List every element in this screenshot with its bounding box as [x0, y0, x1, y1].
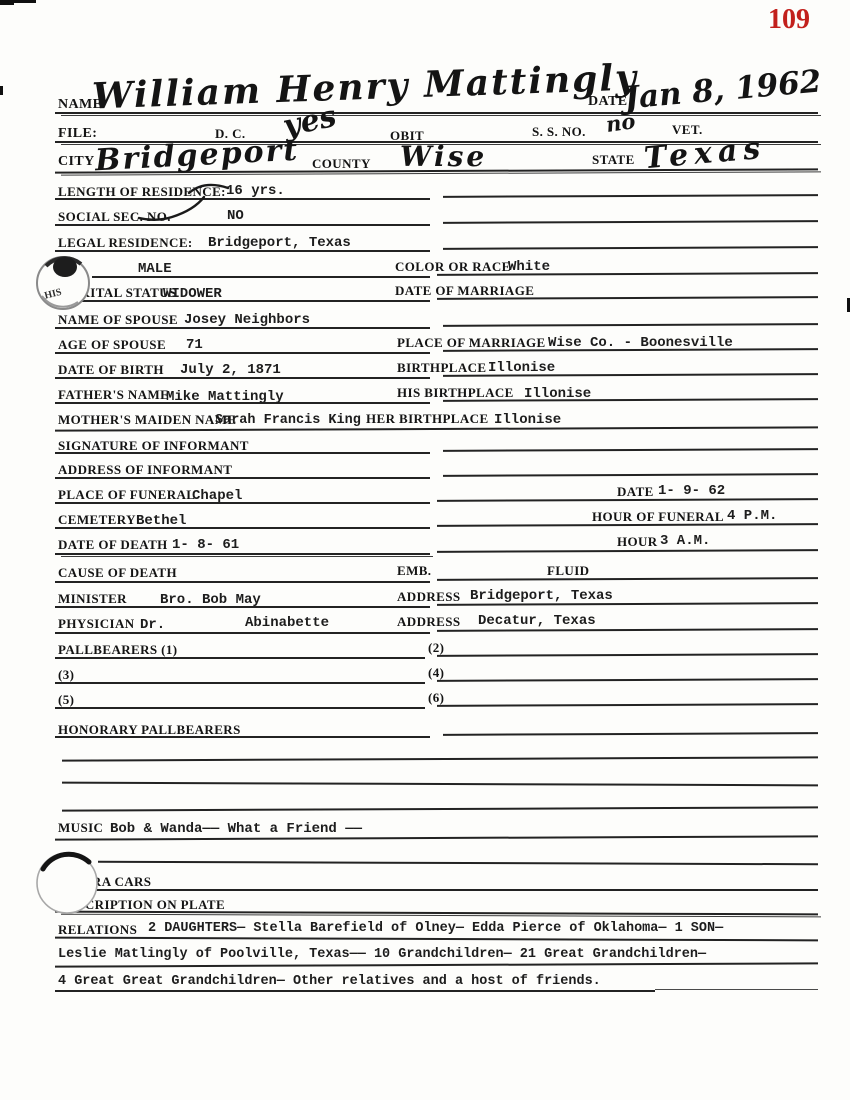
- date-of-birth-value: July 2, 1871: [180, 362, 281, 378]
- scanned-form-page: 109 NAME William Henry Mattingly DATE Ja…: [0, 0, 850, 1100]
- name-of-spouse-value: Josey Neighbors: [184, 312, 310, 328]
- minister-address-label: ADDRESS: [397, 589, 460, 605]
- page-number: 109: [768, 4, 810, 36]
- rule-line: [443, 448, 818, 452]
- honorary-pallbearers-label: HONORARY PALLBEARERS: [58, 722, 241, 738]
- music-label: MUSIC: [58, 820, 103, 836]
- date-of-birth-label: DATE OF BIRTH: [58, 362, 164, 378]
- rule-line: [55, 990, 655, 992]
- hour-of-funeral-label: HOUR OF FUNERAL: [592, 509, 724, 525]
- ssno-handwritten-value: no: [604, 108, 636, 137]
- signature-of-informant-label: SIGNATURE OF INFORMANT: [58, 438, 249, 454]
- rule-line: [437, 653, 818, 657]
- funeral-date-label: DATE: [617, 484, 654, 500]
- rule-line: [443, 732, 818, 736]
- marital-status-value: WIDOWER: [163, 286, 222, 302]
- legal-residence-value: Bridgeport, Texas: [208, 235, 351, 251]
- pallbearer-slot-4: (4): [428, 665, 444, 681]
- age-of-spouse-label: AGE OF SPOUSE: [58, 337, 166, 353]
- place-of-marriage-value: Wise Co. - Boonesville: [548, 335, 733, 351]
- date-of-marriage-label: DATE OF MARRIAGE: [395, 283, 534, 299]
- ssno-label: S. S. NO.: [532, 124, 586, 140]
- rule-line: [55, 581, 430, 583]
- minister-label: MINISTER: [58, 591, 127, 607]
- rule-line: [55, 707, 425, 709]
- physician-address-value: Decatur, Texas: [478, 613, 596, 629]
- rule-line: [62, 806, 818, 811]
- rule-line: [62, 756, 818, 761]
- fathers-name-label: FATHER'S NAME: [58, 387, 169, 403]
- social-sec-no-value: NO: [227, 208, 244, 224]
- scan-artifact: [0, 86, 3, 95]
- rule-line: [443, 323, 818, 327]
- hour-of-death-label: HOUR: [617, 534, 658, 550]
- place-of-funeral-value: Chapel: [192, 488, 242, 504]
- rule-line: [443, 220, 818, 224]
- her-birthplace-value: Illonise: [494, 412, 561, 428]
- rule-line: [655, 989, 818, 990]
- emb-label: EMB.: [397, 563, 431, 579]
- birthplace-label: BIRTHPLACE: [397, 360, 487, 376]
- file-label: FILE:: [58, 126, 97, 142]
- color-or-race-label: COLOR OR RACE: [395, 259, 511, 275]
- rule-line: [55, 937, 818, 942]
- pallbearer-slot-6: (6): [428, 690, 444, 706]
- rule-line: [55, 632, 430, 634]
- county-handwritten-value: Wise: [400, 140, 487, 173]
- rule-line: [443, 473, 818, 477]
- rule-line: [98, 861, 818, 866]
- name-of-spouse-label: NAME OF SPOUSE: [58, 312, 178, 328]
- cause-of-death-label: CAUSE OF DEATH: [58, 565, 177, 581]
- circular-stamp: HIS: [34, 252, 92, 314]
- pallbearer-slot-5: (5): [58, 692, 74, 708]
- place-of-funeral-label: PLACE OF FUNERAL: [58, 487, 195, 503]
- physician-prefix: Dr.: [140, 617, 165, 633]
- rule-line: [62, 782, 818, 787]
- cemetery-value: Bethel: [136, 513, 186, 529]
- place-of-marriage-label: PLACE OF MARRIAGE: [397, 335, 546, 351]
- hour-of-funeral-value: 4 P.M.: [727, 508, 777, 524]
- cemetery-label: CEMETERY: [58, 512, 136, 528]
- relations-line-2: Leslie Matlingly of Poolville, Texas—— 1…: [58, 947, 706, 962]
- his-birthplace-value: Illonise: [524, 386, 591, 402]
- state-label: STATE: [592, 152, 635, 168]
- rule-line: [437, 577, 818, 581]
- pallbearer-slot-2: (2): [428, 640, 444, 656]
- relations-label: RELATIONS: [58, 922, 137, 938]
- date-of-death-value: 1- 8- 61: [172, 537, 239, 553]
- minister-value: Bro. Bob May: [160, 592, 261, 608]
- circle-stamp-outline: [33, 850, 103, 918]
- pallbearer-slot-3: (3): [58, 667, 74, 683]
- birthplace-value: Illonise: [488, 360, 555, 376]
- scan-artifact: [0, 3, 14, 5]
- rule-line: [55, 682, 425, 684]
- funeral-date-value: 1- 9- 62: [658, 483, 725, 499]
- city-label: CITY: [58, 154, 95, 170]
- mothers-maiden-name-label: MOTHER'S MAIDEN NAME: [58, 412, 236, 428]
- pallbearers-label: PALLBEARERS (1): [58, 642, 178, 658]
- rule-line: [437, 703, 818, 707]
- his-birthplace-label: HIS BIRTHPLACE: [397, 385, 514, 401]
- fluid-label: FLUID: [547, 563, 589, 579]
- color-or-race-value: White: [508, 259, 550, 275]
- handwritten-squiggle: [136, 194, 208, 228]
- address-of-informant-label: ADDRESS OF INFORMANT: [58, 462, 232, 478]
- minister-address-value: Bridgeport, Texas: [470, 588, 613, 604]
- physician-address-label: ADDRESS: [397, 614, 460, 630]
- physician-value: Abinabette: [245, 615, 329, 631]
- her-birthplace-label: HER BIRTHPLACE: [366, 411, 489, 427]
- rule-line: [437, 678, 818, 682]
- relations-line-3: 4 Great Great Grandchildren— Other relat…: [58, 974, 601, 989]
- mothers-maiden-name-value: Sarah Francis King: [215, 413, 361, 428]
- name-handwritten-value: William Henry Mattingly: [91, 56, 638, 117]
- rule-line: [443, 194, 818, 198]
- rule-line: [55, 962, 818, 967]
- rule-line: [55, 889, 818, 891]
- hour-of-death-value: 3 A.M.: [660, 533, 710, 549]
- rule-line: [55, 553, 430, 555]
- relations-line-1: 2 DAUGHTERS— Stella Barefield of Olney— …: [148, 921, 723, 936]
- fathers-name-value: Mike Mattingly: [166, 389, 284, 405]
- age-of-spouse-value: 71: [186, 337, 203, 353]
- date-of-death-label: DATE OF DEATH: [58, 537, 168, 553]
- rule-line: [443, 246, 818, 250]
- legal-residence-label: LEGAL RESIDENCE:: [58, 235, 193, 251]
- physician-label: PHYSICIAN: [58, 616, 135, 632]
- date-handwritten-value: Jan 8, 1962: [623, 63, 823, 116]
- music-value: Bob & Wanda—— What a Friend ——: [110, 821, 362, 837]
- county-label: COUNTY: [312, 156, 371, 172]
- sex-value: MALE: [138, 261, 172, 277]
